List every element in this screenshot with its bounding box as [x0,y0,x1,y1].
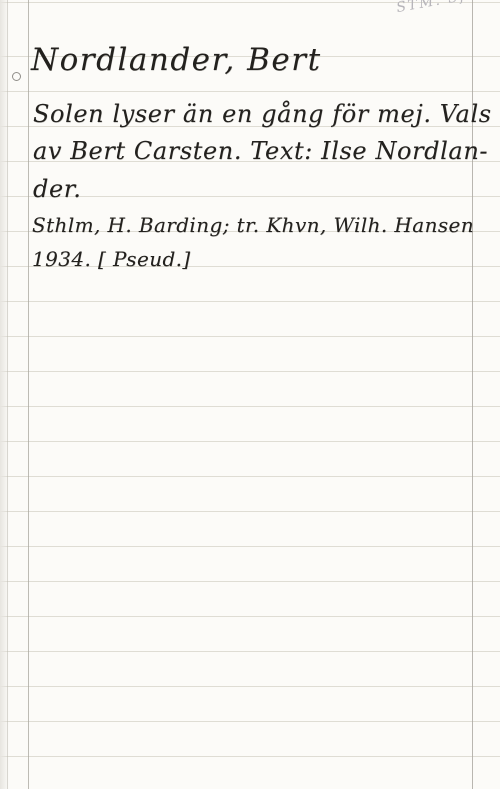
title-statement-line: Solen lyser än en gång för mej. Vals [33,100,492,128]
card-heading-author: Nordlander, Bert [31,42,322,78]
left-edge-line [7,0,8,789]
title-statement-line: der. [33,175,81,203]
margin-circle-marker [12,72,21,81]
catalog-card: STM. Sf Nordlander, Bert Solen lyser än … [0,0,500,789]
archival-pencil-note: STM. Sf [395,0,468,16]
imprint-line: Sthlm, H. Barding; tr. Khvn, Wilh. Hanse… [32,213,474,237]
left-margin-line [28,0,29,789]
imprint-line: 1934. [ Pseud.] [32,247,191,271]
title-statement-line: av Bert Carsten. Text: Ilse Nordlan- [33,137,488,165]
